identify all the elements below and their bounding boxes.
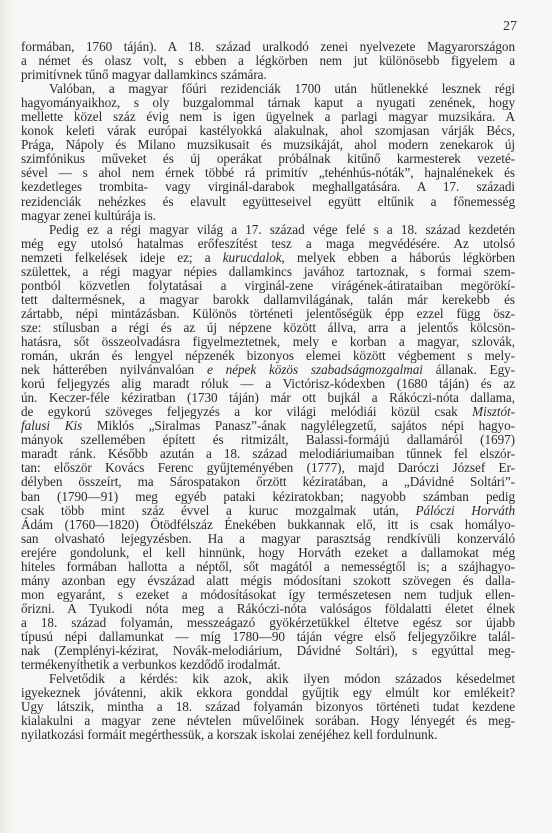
text-line: falusi Kis Miklós „Siralmas Panasz”-ának… — [21, 419, 515, 433]
text-line: primitívnek tűnő magyar dallamkincs szám… — [21, 68, 515, 82]
text-line: igyekeznek jóvátenni, akik ekkora gondda… — [21, 686, 515, 700]
text-line: formában, 1760 táján). A 18. század ural… — [21, 40, 515, 54]
text-line: kialakulni a magyar zene névtelen művelő… — [21, 714, 515, 728]
text-line: a 18. század folyamán, messzeágazó gyöké… — [21, 616, 515, 630]
scanned-page-edge — [0, 0, 14, 833]
text-line: termékenyíthetik a verbunkos kezdődő iro… — [21, 658, 515, 672]
text-line: csak több mint száz évvel a kuruc mozgal… — [21, 504, 515, 518]
text-line: nyilatkozási formáit megérthessük, a kor… — [21, 728, 515, 742]
text-line: hatásra, sőt összeolvadásra figyelmeztet… — [21, 335, 515, 349]
text-line: tett daltermésnek, a magyar barokk dalla… — [21, 293, 515, 307]
text-line: kezdetleges trombita- vagy virginál-dara… — [21, 180, 515, 194]
text-line: korú feljegyzés alig maradt róluk — a Vi… — [21, 377, 515, 391]
paragraph: Valóban, a magyar főúri rezidenciák 1700… — [21, 82, 515, 222]
text-line: hiteles formában hallotta a néptől, sőt … — [21, 560, 515, 574]
text-line: Valóban, a magyar főúri rezidenciák 1700… — [21, 82, 515, 96]
text-line: délyben összeírt, ma Sárospatakon őrzött… — [21, 475, 515, 489]
text-line: konok keleti várak európai kastélyokká a… — [21, 124, 515, 138]
text-line: Prága, Nápoly és Milano muzsikusait és m… — [21, 138, 515, 152]
text-line: rezidenciák nehézkes és elavult együttes… — [21, 195, 515, 209]
text-line: magyar zenei kultúrája is. — [21, 209, 515, 223]
text-line: a német és olasz volt, s ebben a légkörb… — [21, 54, 515, 68]
text-line: de egykorú szöveges feljegyzés a kor vil… — [21, 405, 515, 419]
text-line: sze: stílusban a régi és az új népzene k… — [21, 321, 515, 335]
italic-emphasis: Pálóczi Horváth — [415, 503, 515, 518]
text-line: ún. Keczer-féle kéziratban (1730 táján) … — [21, 391, 515, 405]
text-line: erejére gondolunk, el kell hinnünk, hogy… — [21, 546, 515, 560]
text-line: őrizni. A Tyukodi nóta meg a Rákóczi-nót… — [21, 602, 515, 616]
italic-emphasis: Misztót- — [472, 404, 515, 419]
text-line: mon egyaránt, s ezeket a módosításokat í… — [21, 588, 515, 602]
text-line: Ugy látszik, mintha a 18. század folyamá… — [21, 700, 515, 714]
text-line: nemzeti felkelések ideje ez; a kurucdalo… — [21, 251, 515, 265]
paragraph: Felvetődik a kérdés: kik azok, akik ilye… — [21, 672, 515, 742]
text-line: pontból közvetlen folytatásai a virginál… — [21, 279, 515, 293]
text-line: Pedig ez a régi magyar világ a 17. száza… — [21, 223, 515, 237]
text-line: mány azonban egy évszázad alatt mégis mó… — [21, 574, 515, 588]
text-line: san olvasható lejegyzésben. Ha a magyar … — [21, 532, 515, 546]
text-line: mellette közel száz évig nem is igen ügy… — [21, 110, 515, 124]
italic-emphasis: falusi Kis — [21, 418, 82, 433]
text-line: Felvetődik a kérdés: kik azok, akik ilye… — [21, 672, 515, 686]
text-line: még egy utolsó hatalmas erőfeszítést tes… — [21, 237, 515, 251]
text-line: nek hátterében nyilvánvalóan e népek köz… — [21, 363, 515, 377]
page-number: 27 — [503, 19, 517, 35]
text-line: zártabb, népi mintázásban. Különös törté… — [21, 307, 515, 321]
text-line: maradt ránk. Később azután a 18. század … — [21, 447, 515, 461]
body-text: formában, 1760 táján). A 18. század ural… — [21, 40, 515, 742]
text-line: nak (Zemplényi-kézirat, Novák-melodiáriu… — [21, 644, 515, 658]
italic-emphasis: kurucdalok — [223, 250, 282, 265]
paragraph: Pedig ez a régi magyar világ a 17. száza… — [21, 223, 515, 673]
text-line: román, ukrán és lengyel népzenék bizonyo… — [21, 349, 515, 363]
text-line: tan: először Kovács Ferenc gyűjteményébe… — [21, 461, 515, 475]
italic-emphasis: e népek közös szabadságmozgalmai — [207, 362, 423, 377]
text-line: hagyományaikhoz, s oly buzgalommal tárna… — [21, 96, 515, 110]
text-line: típusú népi dallamunkat — míg 1780—90 tá… — [21, 630, 515, 644]
text-line: ban (1790—91) meg egyéb pataki kéziratok… — [21, 490, 515, 504]
text-line: mányok szellemében épített és ritmizált,… — [21, 433, 515, 447]
text-line: születtek, a régi magyar népies dallamki… — [21, 265, 515, 279]
text-line: sével — s ahol nem érnek többé rá primit… — [21, 166, 515, 180]
paragraph: formában, 1760 táján). A 18. század ural… — [21, 40, 515, 82]
text-line: szimfónikus műveket és új operákat próbá… — [21, 152, 515, 166]
text-line: Ádám (1760—1820) Ötödfélszáz Énekében bu… — [21, 518, 515, 532]
